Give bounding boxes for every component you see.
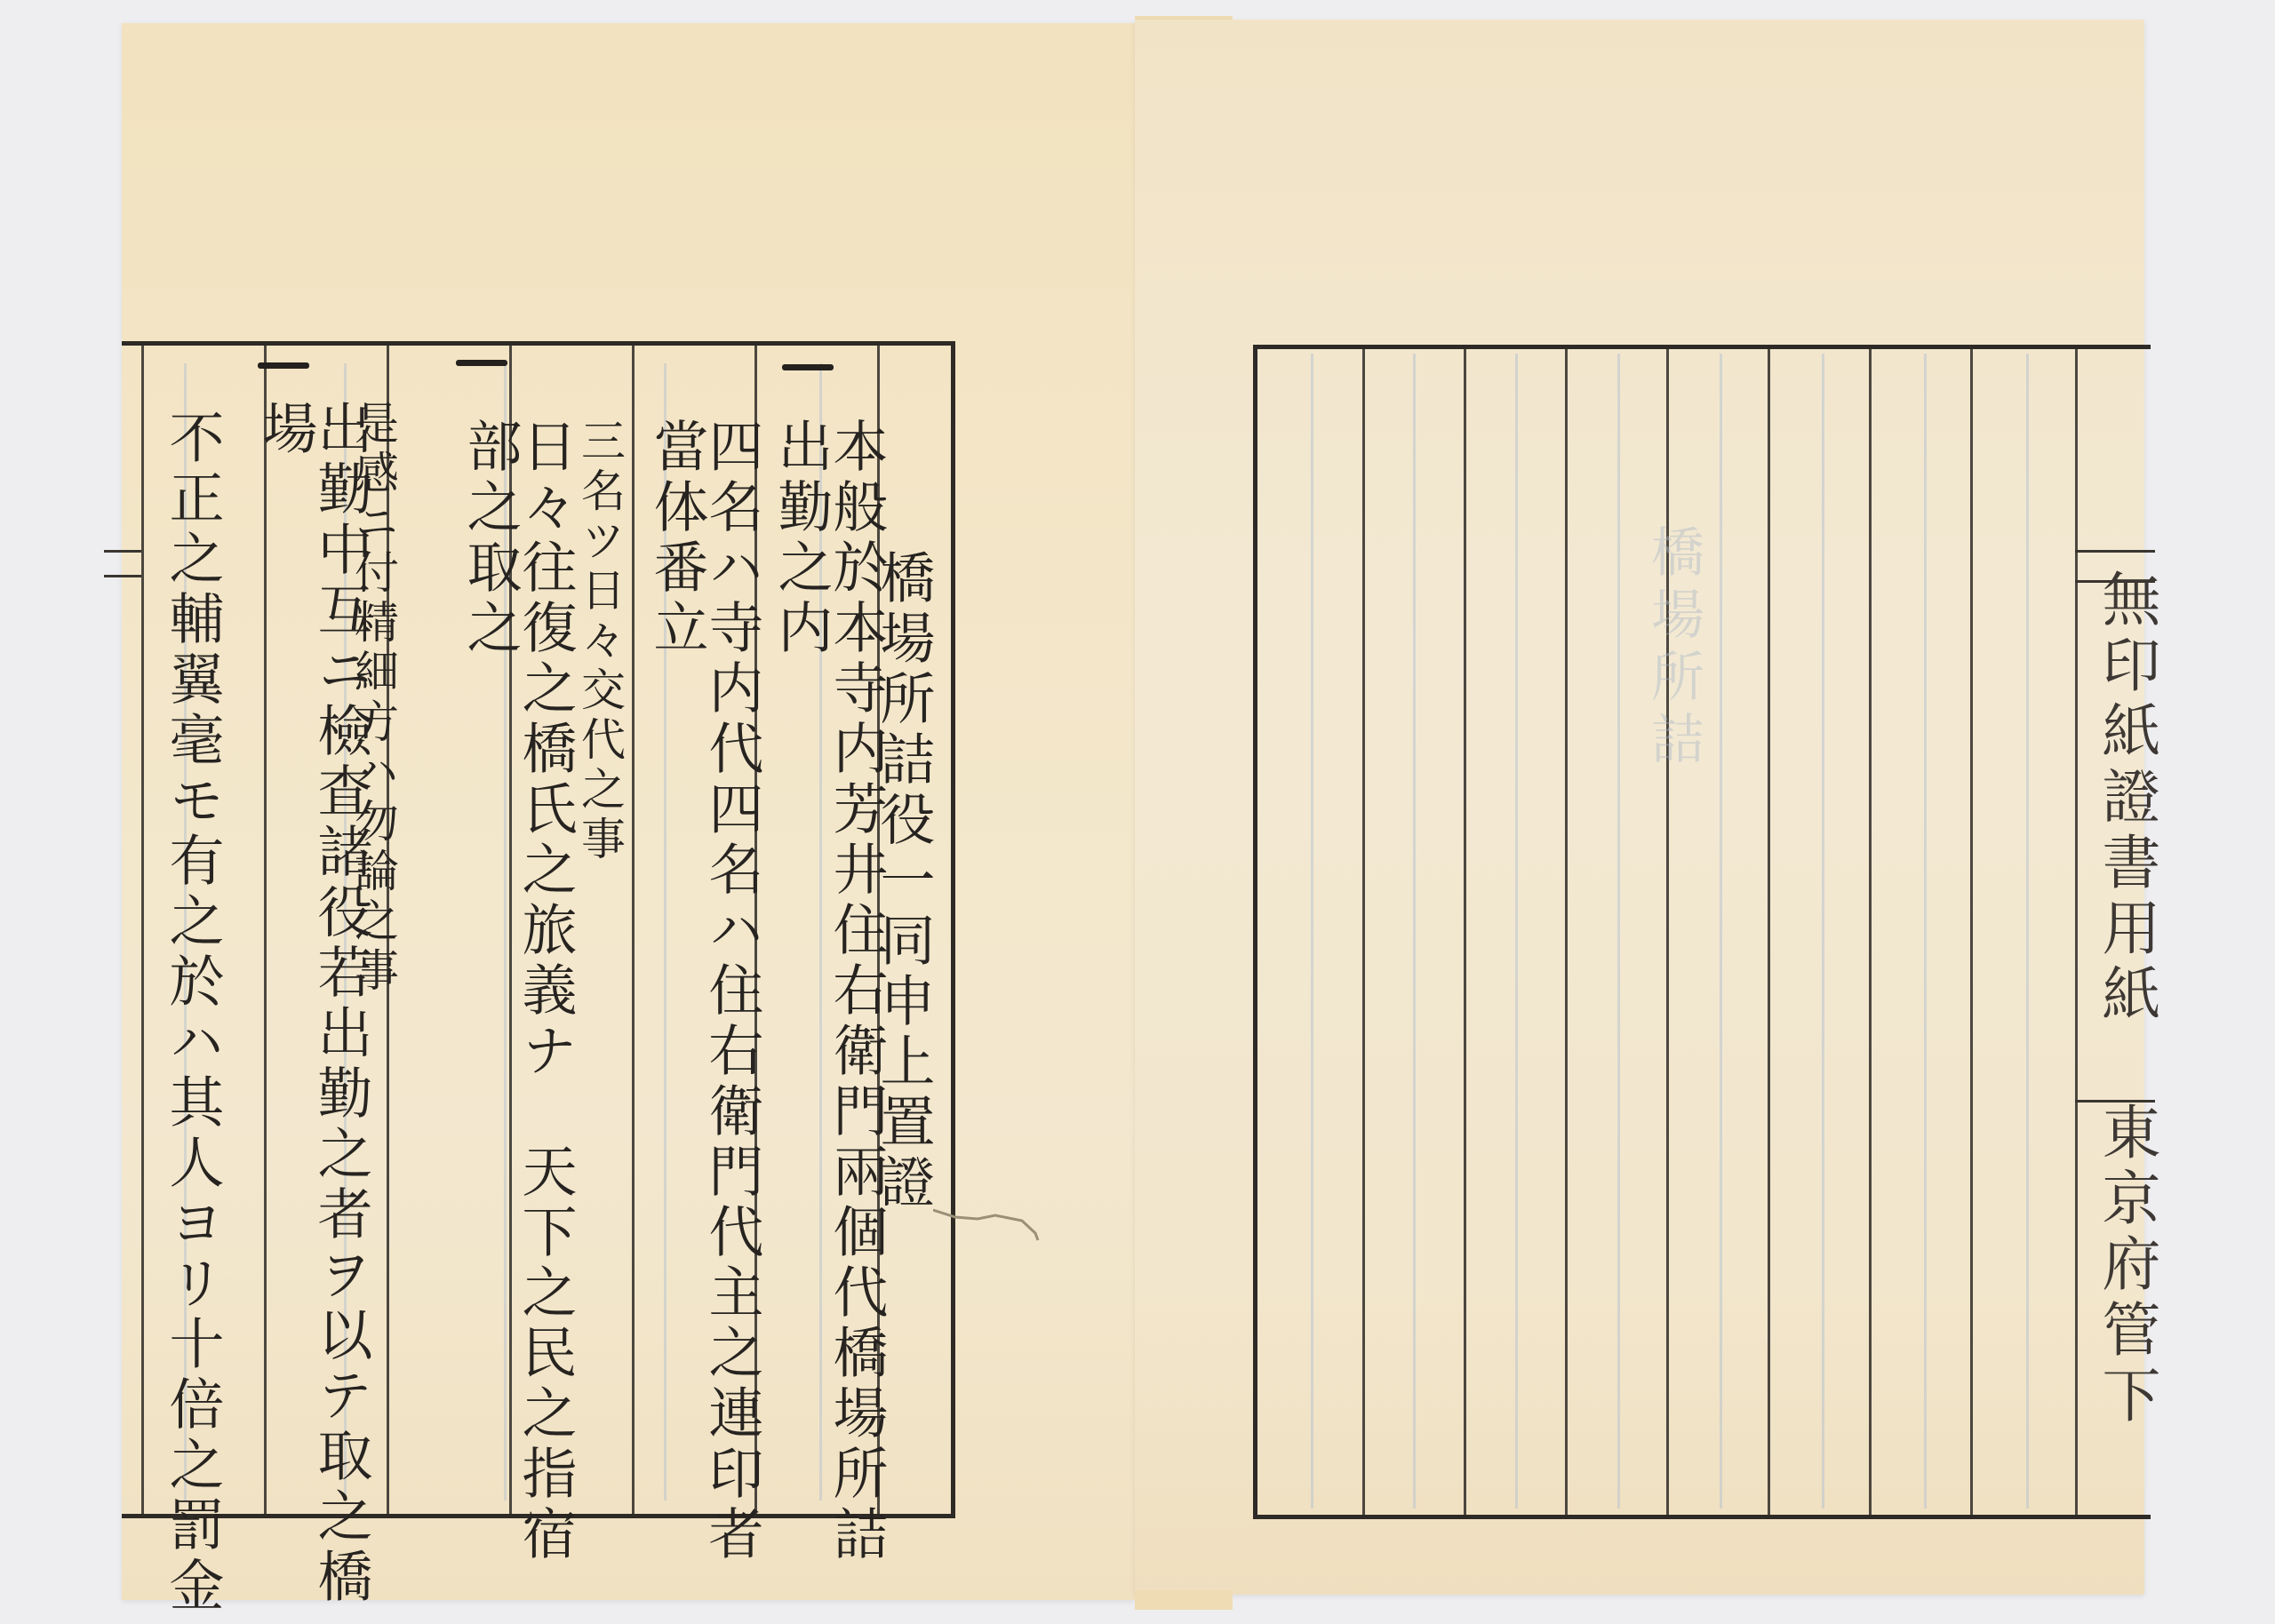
faint-rule <box>1311 354 1313 1509</box>
faint-rule <box>1822 354 1824 1509</box>
column-rule <box>1362 349 1365 1515</box>
faint-rule <box>1720 354 1722 1509</box>
faint-rule <box>2026 354 2029 1509</box>
item-3-line-1: 出勤中互ニ檢査諸役若出勤之者ヲ以テ取之橋場 <box>258 400 368 1624</box>
column-rule <box>1970 349 1973 1515</box>
faint-rule <box>1924 354 1927 1509</box>
margin-tab-line <box>104 550 141 553</box>
item-1-line-1: 本般於本寺内芳井住右衛門兩個代橋場所詰出勤之内 <box>773 418 883 1624</box>
column-rule <box>1869 349 1872 1515</box>
margin-jurisdiction: 東京府管下 <box>2084 1102 2168 1430</box>
right-page-frame <box>1253 345 2151 1519</box>
faint-rule <box>1515 354 1518 1509</box>
bleed-through-text: 橋場所詰 <box>1635 524 1712 773</box>
column-rule <box>2075 349 2078 1515</box>
faint-rule <box>1617 354 1620 1509</box>
margin-form-title: 無印紙證書用紙 <box>2084 569 2168 1029</box>
column-rule <box>1565 349 1568 1515</box>
column-rule <box>1768 349 1770 1515</box>
item-marker <box>258 362 309 369</box>
margin-tab-line <box>2075 550 2155 553</box>
item-1-line-3: 三名ツ日々交代之事 <box>578 418 622 865</box>
paper-crack <box>933 1199 1049 1244</box>
faint-rule <box>1413 354 1416 1509</box>
column-rule <box>1464 349 1466 1515</box>
item-1-line-2: 四名ハ寺内代四名ハ住右衛門代主之連印者當体番立 <box>649 418 759 1624</box>
item-marker <box>782 364 834 370</box>
item-2-line-1: 日々往復之橋氏之旅義ナ 天下之民之指宿部之取之 <box>462 418 572 1624</box>
item-marker <box>456 360 507 366</box>
column-rule <box>632 346 635 1514</box>
spine-tab-bottom <box>1135 1590 1233 1610</box>
item-3-line-2: 不正之輔翼毫モ有之於ハ其人ヨリ十倍之罰金 <box>164 409 220 1617</box>
column-rule <box>141 346 144 1514</box>
margin-tab-line <box>104 575 141 577</box>
